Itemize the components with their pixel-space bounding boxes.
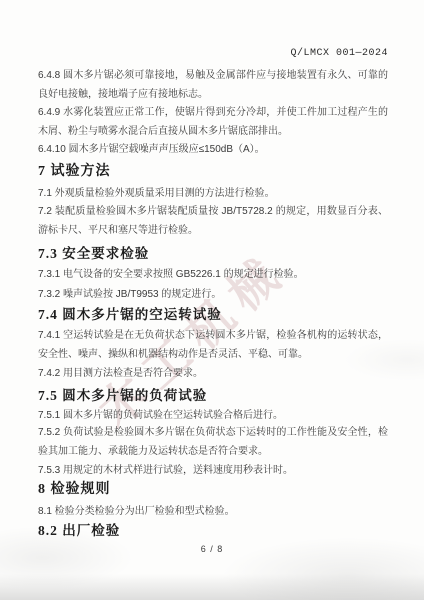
page-number: 6 / 8 bbox=[0, 544, 424, 554]
section-heading-7-5: 7.5 圆木多片锯的负荷试验 bbox=[38, 384, 388, 404]
clause-7-4-1: 7.4.1 空运转试验是在无负荷状态下运转圆木多片锯，检验各机构的运转状态，安全… bbox=[38, 326, 388, 364]
clause-7-3-1: 7.3.1 电气设备的安全要求按照 GB5226.1 的规定进行检验。 bbox=[38, 265, 388, 284]
section-heading-8-2: 8.2 出厂检验 bbox=[38, 519, 388, 539]
clause-6-4-8: 6.4.8 圆木多片锯必须可靠接地，易触及金属部件应与接地装置有永久、可靠的良好… bbox=[38, 66, 388, 104]
section-heading-7-3: 7.3 安全要求检验 bbox=[38, 242, 388, 262]
document-page: 木工机械 Q/LMCX 001—2024 6.4.8 圆木多片锯必须可靠接地，易… bbox=[0, 0, 424, 600]
clause-7-5-2: 7.5.2 负荷试验是检验圆木多片锯在负荷状态下运转时的工作性能及安全性，检验其… bbox=[38, 423, 388, 461]
clause-7-3-2: 7.3.2 噪声试验按 JB/T9953 的规定进行。 bbox=[38, 285, 388, 304]
clause-6-4-9: 6.4.9 水雾化装置应正常工作，使锯片得到充分冷却，并使工件加工过程产生的木屑… bbox=[38, 103, 388, 141]
clause-7-1: 7.1 外观质量检验外观质量采用目测的方法进行检验。 bbox=[38, 184, 388, 203]
clause-6-4-10: 6.4.10 圆木多片锯空载噪声声压级应≤150dB（A）。 bbox=[38, 140, 388, 159]
standard-number-header: Q/LMCX 001—2024 bbox=[38, 48, 388, 59]
clause-7-2: 7.2 装配质量检验圆木多片锯装配质量按 JB/T5728.2 的规定，用数显百… bbox=[38, 202, 388, 240]
section-heading-7: 7 试验方法 bbox=[38, 160, 388, 180]
section-heading-7-4: 7.4 圆木多片锯的空运转试验 bbox=[38, 303, 388, 323]
section-heading-8: 8 检验规则 bbox=[38, 478, 388, 498]
clause-7-4-2: 7.4.2 用目测方法检查是否符合要求。 bbox=[38, 364, 388, 383]
